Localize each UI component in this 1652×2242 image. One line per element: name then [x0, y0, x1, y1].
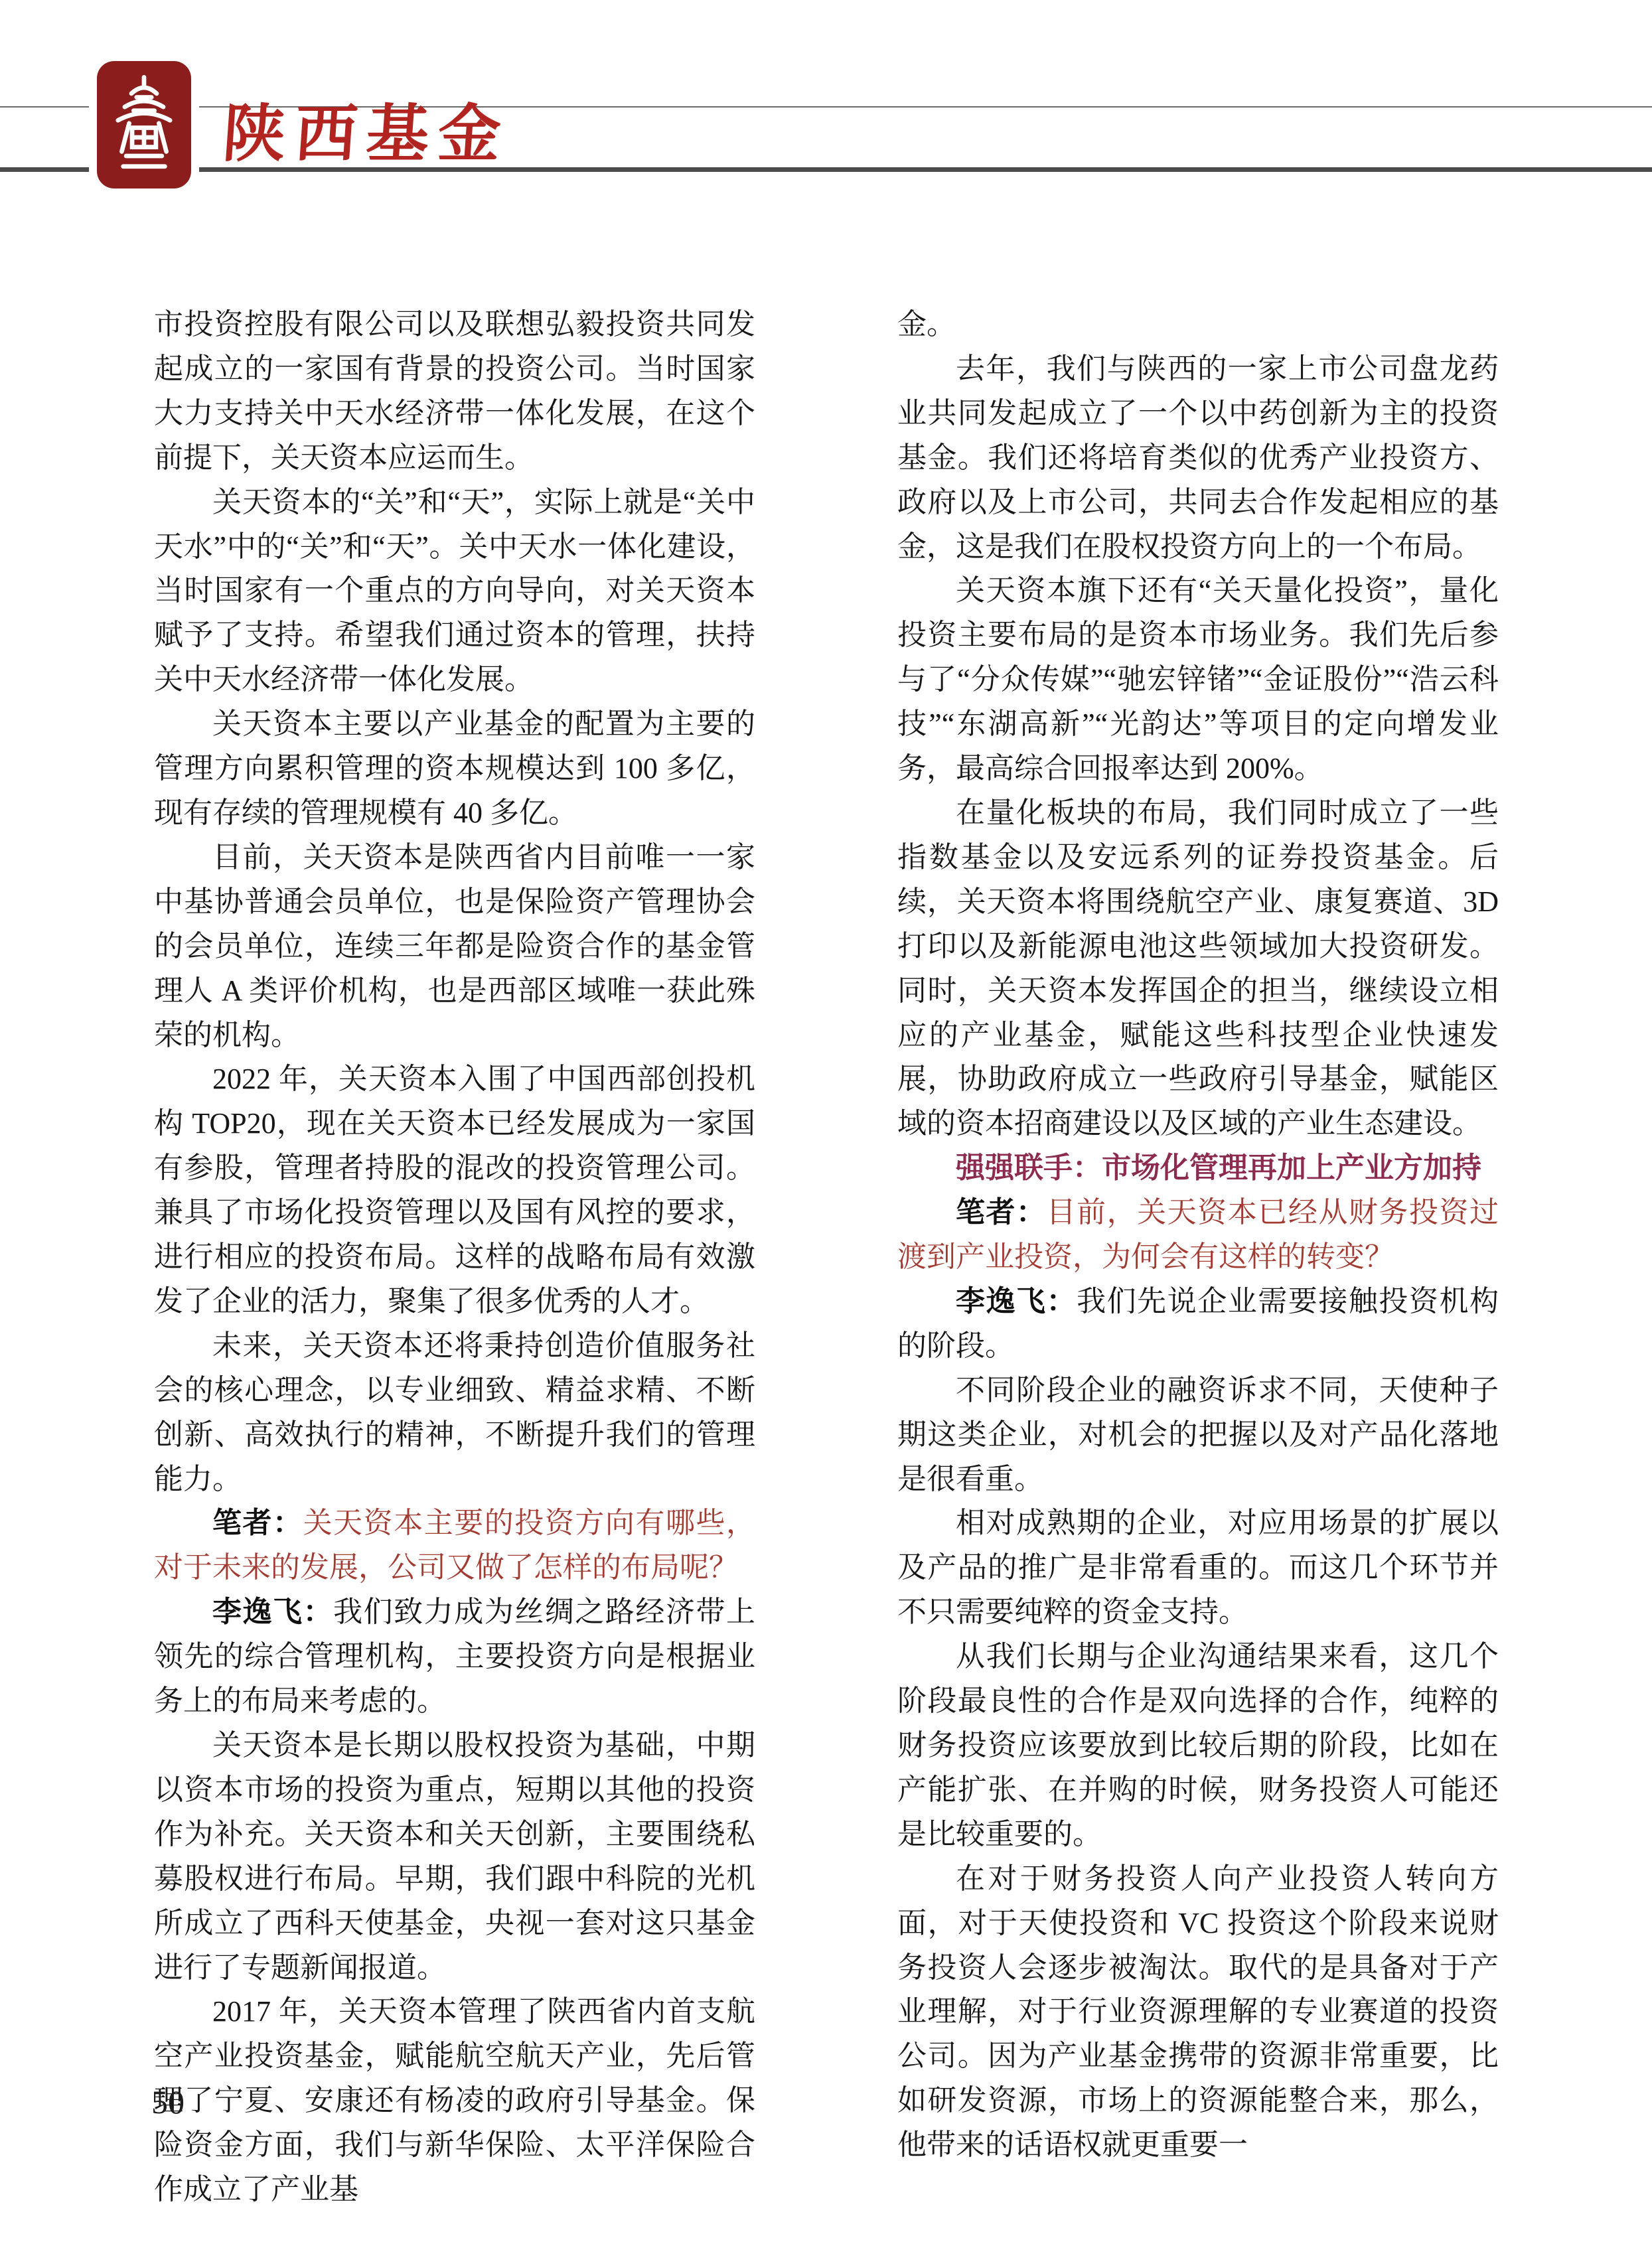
- paragraph: 2022 年，关天资本入围了中国西部创投机构 TOP20，现在关天资本已经发展成…: [154, 1057, 755, 1323]
- right-column: 金。去年，我们与陕西的一家上市公司盘龙药业共同发起成立了一个以中药创新为主的投资…: [897, 303, 1499, 2168]
- magazine-title: 陕西基金: [221, 104, 512, 166]
- text-run: 关天资本旗下还有“关天量化投资”，量化投资主要布局的是资本市场业务。我们先后参与…: [897, 574, 1499, 785]
- paragraph: 在对于财务投资人向产业投资人转向方面，对于天使投资和 VC 投资这个阶段来说财务…: [897, 1857, 1499, 2168]
- paragraph: 市投资控股有限公司以及联想弘毅投资共同发起成立的一家国有背景的投资公司。当时国家…: [154, 303, 755, 481]
- text-run: 金。: [897, 308, 956, 340]
- text-run: 关天资本主要以产业基金的配置为主要的管理方向累积管理的资本规模达到 100 多亿…: [154, 708, 755, 829]
- text-run: 2022 年，关天资本入围了中国西部创投机构 TOP20，现在关天资本已经发展成…: [154, 1063, 755, 1317]
- left-column: 市投资控股有限公司以及联想弘毅投资共同发起成立的一家国有背景的投资公司。当时国家…: [154, 303, 755, 2212]
- paragraph: 未来，关天资本还将秉持创造价值服务社会的核心理念，以专业细致、精益求精、不断创新…: [154, 1324, 755, 1502]
- paragraph: 2017 年，关天资本管理了陕西省内首支航空产业投资基金，赋能航空航天产业，先后…: [154, 1990, 755, 2212]
- paragraph: 关天资本旗下还有“关天量化投资”，量化投资主要布局的是资本市场业务。我们先后参与…: [897, 569, 1499, 791]
- paragraph: 笔者：目前，关天资本已经从财务投资过渡到产业投资，为何会有这样的转变？: [897, 1191, 1499, 1280]
- page-number: 50: [151, 2083, 185, 2121]
- text-run: 未来，关天资本还将秉持创造价值服务社会的核心理念，以专业细致、精益求精、不断创新…: [154, 1329, 755, 1495]
- text-run: 不同阶段企业的融资诉求不同，天使种子期这类企业，对机会的把握以及对产品化落地是很…: [897, 1374, 1499, 1495]
- speaker-label: 笔者：: [956, 1196, 1047, 1229]
- paragraph: 不同阶段企业的融资诉求不同，天使种子期这类企业，对机会的把握以及对产品化落地是很…: [897, 1369, 1499, 1502]
- paragraph: 李逸飞：我们致力成为丝绸之路经济带上领先的综合管理机构，主要投资方向是根据业务上…: [154, 1590, 755, 1724]
- paragraph: 金。: [897, 303, 1499, 347]
- paragraph: 关天资本是长期以股权投资为基础，中期以资本市场的投资为重点，短期以其他的投资作为…: [154, 1724, 755, 1990]
- section-heading: 强强联手：市场化管理再加上产业方加持: [897, 1146, 1499, 1191]
- text-run: 关天资本的“关”和“天”，实际上就是“关中天水”中的“关”和“天”。关中天水一体…: [154, 486, 755, 696]
- text-run: 关天资本是长期以股权投资为基础，中期以资本市场的投资为重点，短期以其他的投资作为…: [154, 1729, 755, 1984]
- paragraph: 笔者：关天资本主要的投资方向有哪些，对于未来的发展，公司又做了怎样的布局呢？: [154, 1501, 755, 1590]
- paragraph: 目前，关天资本是陕西省内目前唯一一家中基协普通会员单位，也是保险资产管理协会的会…: [154, 836, 755, 1058]
- speaker-label: 笔者：: [212, 1507, 303, 1539]
- text-run: 在量化板块的布局，我们同时成立了一些指数基金以及安远系列的证券投资基金。后续，关…: [897, 796, 1499, 1140]
- text-run: 目前，关天资本是陕西省内目前唯一一家中基协普通会员单位，也是保险资产管理协会的会…: [154, 841, 755, 1051]
- paragraph: 从我们长期与企业沟通结果来看，这几个阶段最良性的合作是双向选择的合作，纯粹的财务…: [897, 1635, 1499, 1857]
- paragraph: 李逸飞：我们先说企业需要接触投资机构的阶段。: [897, 1280, 1499, 1369]
- text-run: 从我们长期与企业沟通结果来看，这几个阶段最良性的合作是双向选择的合作，纯粹的财务…: [897, 1640, 1499, 1850]
- magazine-page: 陕西基金 市投资控股有限公司以及联想弘毅投资共同发起成立的一家国有背景的投资公司…: [0, 0, 1652, 2242]
- paragraph: 去年，我们与陕西的一家上市公司盘龙药业共同发起成立了一个以中药创新为主的投资基金…: [897, 347, 1499, 569]
- speaker-label: 李逸飞：: [956, 1285, 1077, 1317]
- paragraph: 关天资本主要以产业基金的配置为主要的管理方向累积管理的资本规模达到 100 多亿…: [154, 702, 755, 836]
- section-heading-text: 强强联手：市场化管理再加上产业方加持: [956, 1152, 1481, 1184]
- text-run: 去年，我们与陕西的一家上市公司盘龙药业共同发起成立了一个以中药创新为主的投资基金…: [897, 352, 1499, 563]
- paragraph: 在量化板块的布局，我们同时成立了一些指数基金以及安远系列的证券投资基金。后续，关…: [897, 791, 1499, 1146]
- text-run: 2017 年，关天资本管理了陕西省内首支航空产业投资基金，赋能航空航天产业，先后…: [154, 1995, 755, 2205]
- paragraph: 关天资本的“关”和“天”，实际上就是“关中天水”中的“关”和“天”。关中天水一体…: [154, 481, 755, 703]
- text-run: 市投资控股有限公司以及联想弘毅投资共同发起成立的一家国有背景的投资公司。当时国家…: [154, 308, 755, 474]
- shaanxi-fund-logo: [97, 61, 191, 188]
- speaker-label: 李逸飞：: [212, 1596, 333, 1628]
- text-run: 相对成熟期的企业，对应用场景的扩展以及产品的推广是非常看重的。而这几个环节并不只…: [897, 1507, 1499, 1628]
- pagoda-seal-icon: [107, 69, 181, 181]
- text-run: 在对于财务投资人向产业投资人转向方面，对于天使投资和 VC 投资这个阶段来说财务…: [897, 1862, 1499, 2161]
- paragraph: 相对成熟期的企业，对应用场景的扩展以及产品的推广是非常看重的。而这几个环节并不只…: [897, 1501, 1499, 1635]
